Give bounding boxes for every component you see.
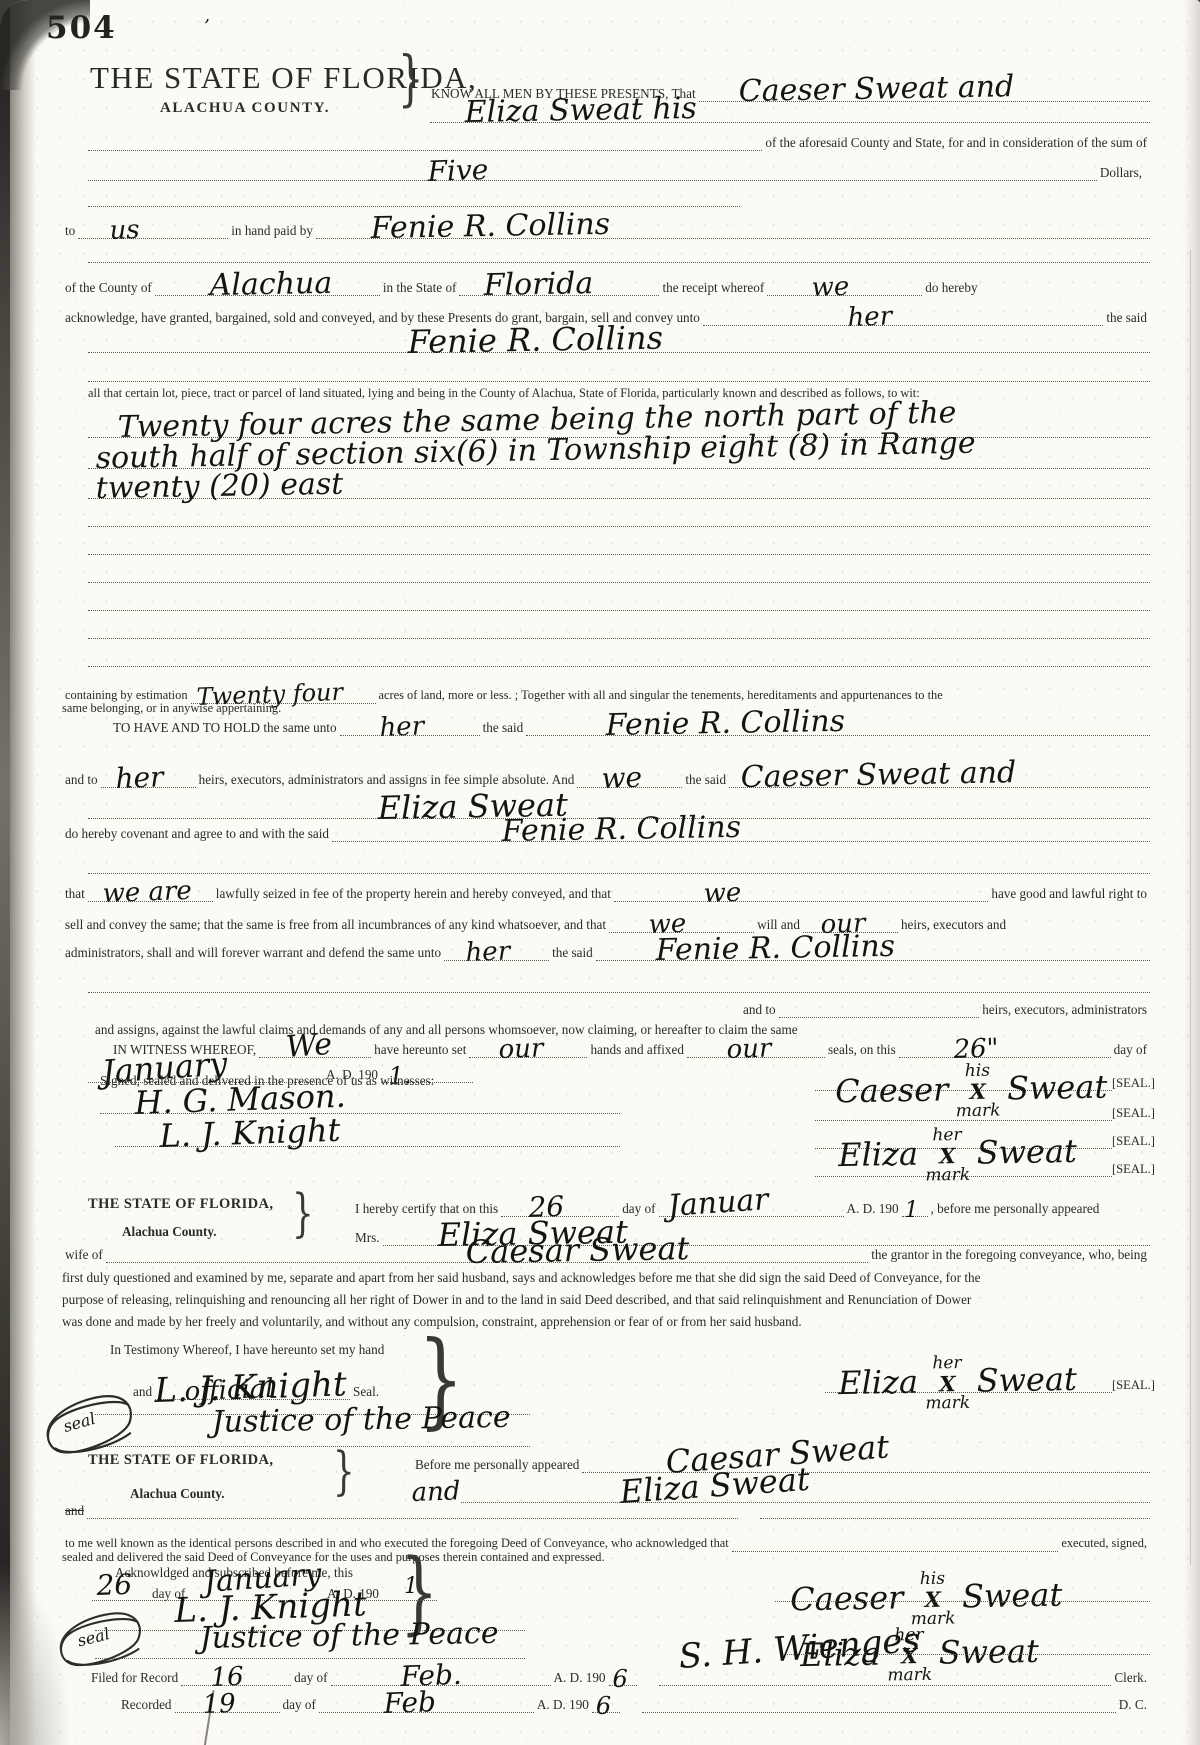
- and-to-heirs-line: and to heirs, executors, administrators: [740, 1000, 1150, 1018]
- her-label-2: her: [932, 1355, 961, 1373]
- grantee-fill-4: Fenie R. Collins: [596, 943, 1150, 961]
- dotted-line: [88, 992, 1150, 993]
- dollars-label: Dollars,: [1097, 165, 1145, 181]
- that-label: that: [62, 886, 88, 902]
- eliza-last-handwriting: Sweat: [976, 1135, 1077, 1169]
- aforesaid-line: of the aforesaid County and State, for a…: [88, 133, 1150, 151]
- filed-day-fill: 16: [181, 1668, 291, 1686]
- description-fill-2: south half of section six(6) in Township…: [88, 451, 1150, 469]
- officer2-title-handwriting: Justice of the Peace: [199, 1619, 498, 1654]
- whereof-fill: we: [767, 278, 922, 296]
- signature-caeser-sweat-2: Caeser his X mark Sweat: [790, 1554, 1063, 1616]
- caeser-first-handwriting: Caeser: [835, 1073, 949, 1107]
- notary2-year-handwriting: 1: [404, 1576, 418, 1598]
- page-right-shade: [1184, 0, 1200, 1745]
- witness1-fill: H. G. Mason.: [100, 1096, 620, 1114]
- recorded-month-fill: Feb: [319, 1695, 534, 1713]
- sealed-delivered-label: sealed and delivered the said Deed of Co…: [62, 1550, 605, 1565]
- grantee-fill: Fenie R. Collins: [88, 335, 1150, 353]
- county-fill: Alachua: [155, 278, 380, 296]
- book-binding-edge: [0, 0, 10, 1745]
- dotted-line: [88, 873, 1150, 874]
- unto-fill-2: her: [340, 718, 480, 736]
- husband-fill: Caesar Sweat: [106, 1245, 869, 1263]
- recorded-year-handwriting: 6: [596, 1694, 611, 1718]
- acres-label: acres of land, more or less. ; Together …: [376, 688, 946, 704]
- the-said-label: the said: [1103, 310, 1150, 326]
- clerk-label: Clerk.: [1111, 1670, 1150, 1686]
- ad-label-4: A. D. 190: [551, 1670, 609, 1686]
- her-handwriting-2: her: [379, 713, 424, 741]
- grantee-fill-3: Fenie R. Collins: [332, 824, 1150, 842]
- admins-label: administrators, shall and will forever w…: [62, 945, 444, 961]
- notary2-day-handwriting: 26: [96, 1571, 133, 1600]
- recorded-label: Recorded: [118, 1697, 175, 1713]
- witness2-handwriting: L. J. Knight: [159, 1114, 341, 1152]
- we-handwriting-3: we: [703, 880, 742, 907]
- eliza-first-handwriting: Eliza: [838, 1138, 918, 1171]
- filed-line: Filed for Record 16 day of Feb. A. D. 19…: [88, 1668, 1150, 1686]
- line-gap: [738, 1518, 760, 1519]
- state-handwriting: Florida: [484, 269, 594, 301]
- we-are-fill: we are: [88, 884, 213, 902]
- wife-of-label: wife of: [62, 1247, 106, 1263]
- dotted-line: [88, 381, 1150, 382]
- grantee-handwriting-4: Fenie R. Collins: [655, 932, 895, 966]
- we-handwriting-5: We: [285, 1030, 333, 1063]
- eliza-x-mark-2: X: [939, 1373, 956, 1394]
- the-said-label-4: the said: [549, 945, 596, 961]
- ad-label-2: A. D. 190: [844, 1201, 902, 1217]
- to-label: to: [62, 223, 78, 239]
- her-fill-2: her: [444, 943, 549, 961]
- eliza-last-handwriting-2: Sweat: [976, 1363, 1077, 1397]
- clerk-fill: [659, 1668, 1112, 1686]
- his-label: his: [965, 1063, 990, 1080]
- sell-label: sell and convey the same; that the same …: [62, 917, 609, 933]
- notary2-brace: }: [333, 1442, 355, 1502]
- dc-fill: [642, 1695, 1116, 1713]
- grantee-fill-2: Fenie R. Collins: [526, 718, 1150, 736]
- sell-line: sell and convey the same; that the same …: [62, 915, 1150, 933]
- we-fill: we: [577, 770, 682, 788]
- mrs-label: Mrs.: [352, 1230, 383, 1246]
- the-said-label-3: the said: [682, 772, 729, 788]
- filed-label: Filed for Record: [88, 1670, 181, 1686]
- signature-caeser-sweat: Caeser his X mark Sweat: [835, 1046, 1108, 1108]
- grantors-fill-3: Caeser Sweat and: [729, 770, 1150, 788]
- we-fill-2: we: [614, 884, 988, 902]
- notary1-month-handwriting: Januar: [666, 1185, 769, 1222]
- right-label: have good and lawful right to: [988, 886, 1150, 902]
- hands-label: hands and affixed: [587, 1042, 687, 1058]
- seal-label-3: [SEAL.]: [1112, 1134, 1155, 1149]
- heirs-label-2: heirs, executors, administrators: [979, 1002, 1150, 1018]
- notary2-county-label: Alachua County.: [130, 1486, 225, 1502]
- caeser-first-handwriting-2: Caeser: [790, 1581, 904, 1615]
- claims-label: and assigns, against the lawful claims a…: [95, 1022, 798, 1037]
- dotted-line: [775, 1601, 1150, 1602]
- dotted-line: [88, 554, 1150, 555]
- blank-fill-4: [760, 1501, 1150, 1519]
- day-of-label-5: day of: [280, 1697, 319, 1713]
- payee-fill: Fenie R. Collins: [316, 221, 1150, 239]
- recorded-line: Recorded 19 day of Feb A. D. 190 6 D. C.: [118, 1695, 1150, 1713]
- description-line-2: south half of section six(6) in Township…: [88, 451, 1150, 469]
- dower-paragraph-1: first duly questioned and examined by me…: [62, 1270, 980, 1285]
- we-fill-4: We: [259, 1040, 371, 1058]
- blank-fill-3: [87, 1501, 738, 1519]
- notary1-brace: }: [292, 1184, 314, 1244]
- officer1-handwriting: L. J. Knight: [154, 1367, 347, 1408]
- grantors-line-2: Eliza Sweat his: [430, 105, 1150, 123]
- filed-month-fill: Feb.: [331, 1668, 551, 1686]
- and-to-label: and to: [62, 772, 101, 788]
- we-are-handwriting: we are: [102, 878, 192, 907]
- dotted-line: [88, 638, 1150, 639]
- description-line-3: twenty (20) east: [88, 481, 1150, 499]
- receipt-label: the receipt whereof: [659, 280, 767, 296]
- warrant-line: administrators, shall and will forever w…: [62, 943, 1150, 961]
- blank-fill-5: [732, 1534, 1059, 1552]
- page-number: 504: [46, 10, 117, 46]
- us-handwriting: us: [109, 217, 140, 244]
- executed-label: executed, signed,: [1058, 1536, 1150, 1552]
- of-county-label: of the County of: [62, 280, 155, 296]
- we-fill-3: we: [609, 915, 754, 933]
- notary1-year-handwriting: 1: [905, 1200, 919, 1222]
- seal-label-1: [SEAL.]: [1112, 1076, 1155, 1091]
- dotted-line: [95, 1446, 530, 1447]
- day-of-label: day of: [1111, 1042, 1150, 1058]
- notary1-year-fill: 1: [902, 1199, 928, 1217]
- seal-label-2: [SEAL.]: [1112, 1106, 1155, 1121]
- her-fill: her: [101, 770, 196, 788]
- recorded-year-fill: 6: [592, 1695, 620, 1713]
- eliza-mark-stack-2: her X mark: [925, 1355, 971, 1413]
- blank-fill: [88, 133, 762, 151]
- to-fill: us: [78, 221, 228, 239]
- description-handwriting-3: twenty (20) east: [95, 470, 343, 504]
- sum-handwriting: Five: [427, 156, 489, 186]
- stray-mark: ’: [204, 18, 210, 36]
- seal-word-label: Seal.: [350, 1384, 382, 1400]
- payee-handwriting: Fenie R. Collins: [370, 210, 610, 244]
- caeser-last-handwriting: Sweat: [1007, 1071, 1108, 1105]
- heirs-line: and to her heirs, executors, administrat…: [62, 770, 1150, 788]
- mark-label-2: mark: [925, 1167, 970, 1185]
- grantors-handwriting-2: Eliza Sweat his: [464, 94, 697, 128]
- testimony-label: In Testimony Whereof, I have hereunto se…: [110, 1342, 384, 1357]
- deed-record-page: 504 ’ THE STATE OF FLORIDA, } ALACHUA CO…: [0, 0, 1200, 1745]
- caeser-last-handwriting-2: Sweat: [962, 1579, 1063, 1613]
- notary1-state-label: THE STATE OF FLORIDA,: [88, 1196, 273, 1213]
- page-edge-line: [1190, 250, 1191, 1565]
- his-label-2: his: [920, 1571, 945, 1588]
- grantee-handwriting-2: Fenie R. Collins: [606, 707, 846, 741]
- our-handwriting-2: our: [499, 1035, 545, 1063]
- aforesaid-label: of the aforesaid County and State, for a…: [762, 135, 1150, 151]
- unto-fill: her: [703, 308, 1103, 326]
- covenant-line: do hereby covenant and agree to and with…: [62, 824, 1150, 842]
- heirs-executors-label: heirs, executors and: [898, 917, 1009, 933]
- dotted-line: [88, 666, 1150, 667]
- notary1-month-fill: Januar: [659, 1199, 844, 1217]
- dotted-line: [88, 526, 1150, 527]
- dc-label: D. C.: [1116, 1697, 1150, 1713]
- county-handwriting: Alachua: [209, 269, 332, 301]
- line-gap-3: [620, 1712, 642, 1713]
- the-said-label-2: the said: [480, 720, 527, 736]
- filed-year-handwriting: 6: [613, 1667, 628, 1691]
- husband-handwriting: Caesar Sweat: [465, 1232, 689, 1268]
- to-have-label: TO HAVE AND TO HOLD the same unto: [110, 720, 340, 736]
- blank-fill-2: [779, 1000, 980, 1018]
- grantee-handwriting: Fenie R. Collins: [407, 322, 663, 358]
- notary1-county-label: Alachua County.: [122, 1224, 217, 1240]
- signature-eliza-sweat-2: Eliza her X mark Sweat: [838, 1338, 1078, 1399]
- do-hereby-label: do hereby: [922, 280, 980, 296]
- recorded-day-fill: 19: [175, 1695, 280, 1713]
- belonging-label: same belonging, or in anywise appertaini…: [62, 701, 281, 716]
- and-to-label-2: and to: [740, 1002, 779, 1018]
- witness2-fill: L. J. Knight: [115, 1129, 620, 1147]
- to-have-line: TO HAVE AND TO HOLD the same unto her th…: [110, 718, 1150, 736]
- her-handwriting-3: her: [115, 763, 164, 793]
- notary2-state-label: THE STATE OF FLORIDA,: [88, 1452, 273, 1469]
- we-handwriting: we: [811, 274, 850, 301]
- witness-signature-line-2: L. J. Knight: [115, 1129, 620, 1147]
- appeared-label: , before me personally appeared: [928, 1201, 1103, 1217]
- struck-and-line: and: [62, 1501, 1150, 1519]
- struck-and-label: and: [62, 1503, 87, 1519]
- mark-label-3: mark: [925, 1395, 970, 1413]
- description-fill-3: twenty (20) east: [88, 481, 1150, 499]
- her-handwriting: her: [847, 303, 892, 331]
- dower-paragraph-2: purpose of releasing, relinquishing and …: [62, 1292, 971, 1307]
- dotted-line: [88, 582, 1150, 583]
- recorded-day-handwriting: 19: [202, 1691, 236, 1718]
- seal-label-5: [SEAL.]: [1112, 1378, 1155, 1393]
- recorded-month-handwriting: Feb: [383, 1688, 436, 1718]
- eliza-last-handwriting-3: Sweat: [938, 1635, 1039, 1669]
- in-state-label: in the State of: [380, 280, 460, 296]
- county-state-line: of the County of Alachua in the State of…: [62, 278, 1150, 296]
- witness-signature-line-1: H. G. Mason.: [100, 1096, 620, 1114]
- county-title: ALACHUA COUNTY.: [160, 100, 330, 117]
- dotted-line: [88, 262, 1150, 263]
- dollars-line: Five Dollars,: [88, 163, 1145, 181]
- seized-label: lawfully seized in fee of the property h…: [213, 886, 614, 902]
- officer1-title-handwriting: Justice of the Peace: [211, 1403, 510, 1438]
- certify-line: I hereby certify that on this 26 day of …: [352, 1199, 1150, 1217]
- eliza-x-mark: X: [939, 1145, 956, 1166]
- our-handwriting-3: our: [726, 1035, 772, 1063]
- caeser-x-mark: X: [969, 1081, 986, 1102]
- line-gap-2: [637, 1685, 659, 1686]
- her-label: her: [932, 1127, 961, 1145]
- grantee-handwriting-3: Fenie R. Collins: [502, 813, 742, 847]
- filed-year-fill: 6: [609, 1668, 637, 1686]
- set-label: have hereunto set: [371, 1042, 469, 1058]
- dotted-line: [88, 610, 1150, 611]
- we-handwriting-2: we: [601, 764, 642, 793]
- grantee-line: Fenie R. Collins: [88, 335, 1150, 353]
- wife-of-line: wife of Caesar Sweat the grantor in the …: [62, 1245, 1150, 1263]
- sum-fill: Five: [88, 163, 1097, 181]
- in-hand-label: in hand paid by: [228, 223, 316, 239]
- grantors-handwriting-3: Caeser Sweat and: [741, 758, 1017, 793]
- header-brace: }: [398, 45, 423, 114]
- signature-eliza-sweat: Eliza her X mark Sweat: [838, 1110, 1078, 1171]
- seized-line: that we are lawfully seized in fee of th…: [62, 884, 1150, 902]
- grantors-handwriting: Caeser Sweat and: [738, 72, 1014, 107]
- grantors-fill-2: Eliza Sweat his: [430, 105, 1150, 123]
- grantor-label: the grantor in the foregoing conveyance,…: [868, 1247, 1150, 1263]
- eliza-first-handwriting-2: Eliza: [838, 1366, 918, 1399]
- eliza-mark-stack: her X mark: [925, 1127, 971, 1185]
- seal-label-4: [SEAL.]: [1112, 1162, 1155, 1177]
- filed-day-handwriting: 16: [210, 1664, 244, 1691]
- our-fill-3: our: [687, 1040, 825, 1058]
- dotted-line: [88, 206, 740, 207]
- her-handwriting-4: her: [465, 938, 510, 966]
- caeser-x-mark-2: X: [924, 1589, 941, 1610]
- ad-label-5: A. D. 190: [534, 1697, 592, 1713]
- paid-by-line: to us in hand paid by Fenie R. Collins: [62, 221, 1150, 239]
- state-fill: Florida: [459, 278, 659, 296]
- covenant-label: do hereby covenant and agree to and with…: [62, 826, 332, 842]
- day-of-label-4: day of: [291, 1670, 330, 1686]
- grantors-fill: Caeser Sweat and: [699, 84, 1150, 102]
- before-label: Before me personally appeared: [412, 1457, 582, 1473]
- our-fill-2: our: [469, 1040, 587, 1058]
